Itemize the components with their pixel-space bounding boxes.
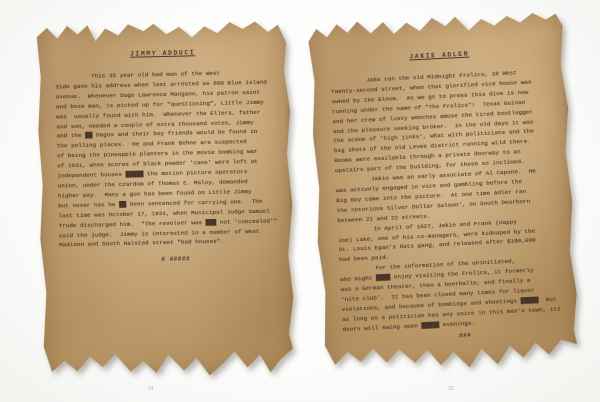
- left-page-end-mark: # #####: [59, 253, 275, 267]
- scan-background: JIMMY ADDUCI This 35 year old bad man of…: [0, 0, 600, 402]
- right-page-paper: JAKIE ADLER Jake ran the old Midnight Fr…: [305, 8, 580, 378]
- left-page-title: JIMMY ADDUCI: [55, 48, 271, 61]
- left-page-number: 14: [148, 386, 154, 392]
- right-page-number: 15: [448, 386, 454, 392]
- right-document-page: JAKIE ADLER Jake ran the old Midnight Fr…: [305, 8, 580, 378]
- left-page-body-text: This 35 year old bad man of the West Sid…: [55, 68, 275, 251]
- left-page-paper: JIMMY ADDUCI This 35 year old bad man of…: [34, 17, 296, 383]
- left-document-page: JIMMY ADDUCI This 35 year old bad man of…: [34, 17, 296, 383]
- left-page-content: JIMMY ADDUCI This 35 year old bad man of…: [34, 17, 296, 383]
- right-page-title: JAKIE ADLER: [329, 47, 549, 66]
- right-page-content: JAKIE ADLER Jake ran the old Midnight Fr…: [305, 8, 580, 378]
- right-page-body-text: Jake ran the old Midnight Frolics, 18 We…: [330, 67, 562, 335]
